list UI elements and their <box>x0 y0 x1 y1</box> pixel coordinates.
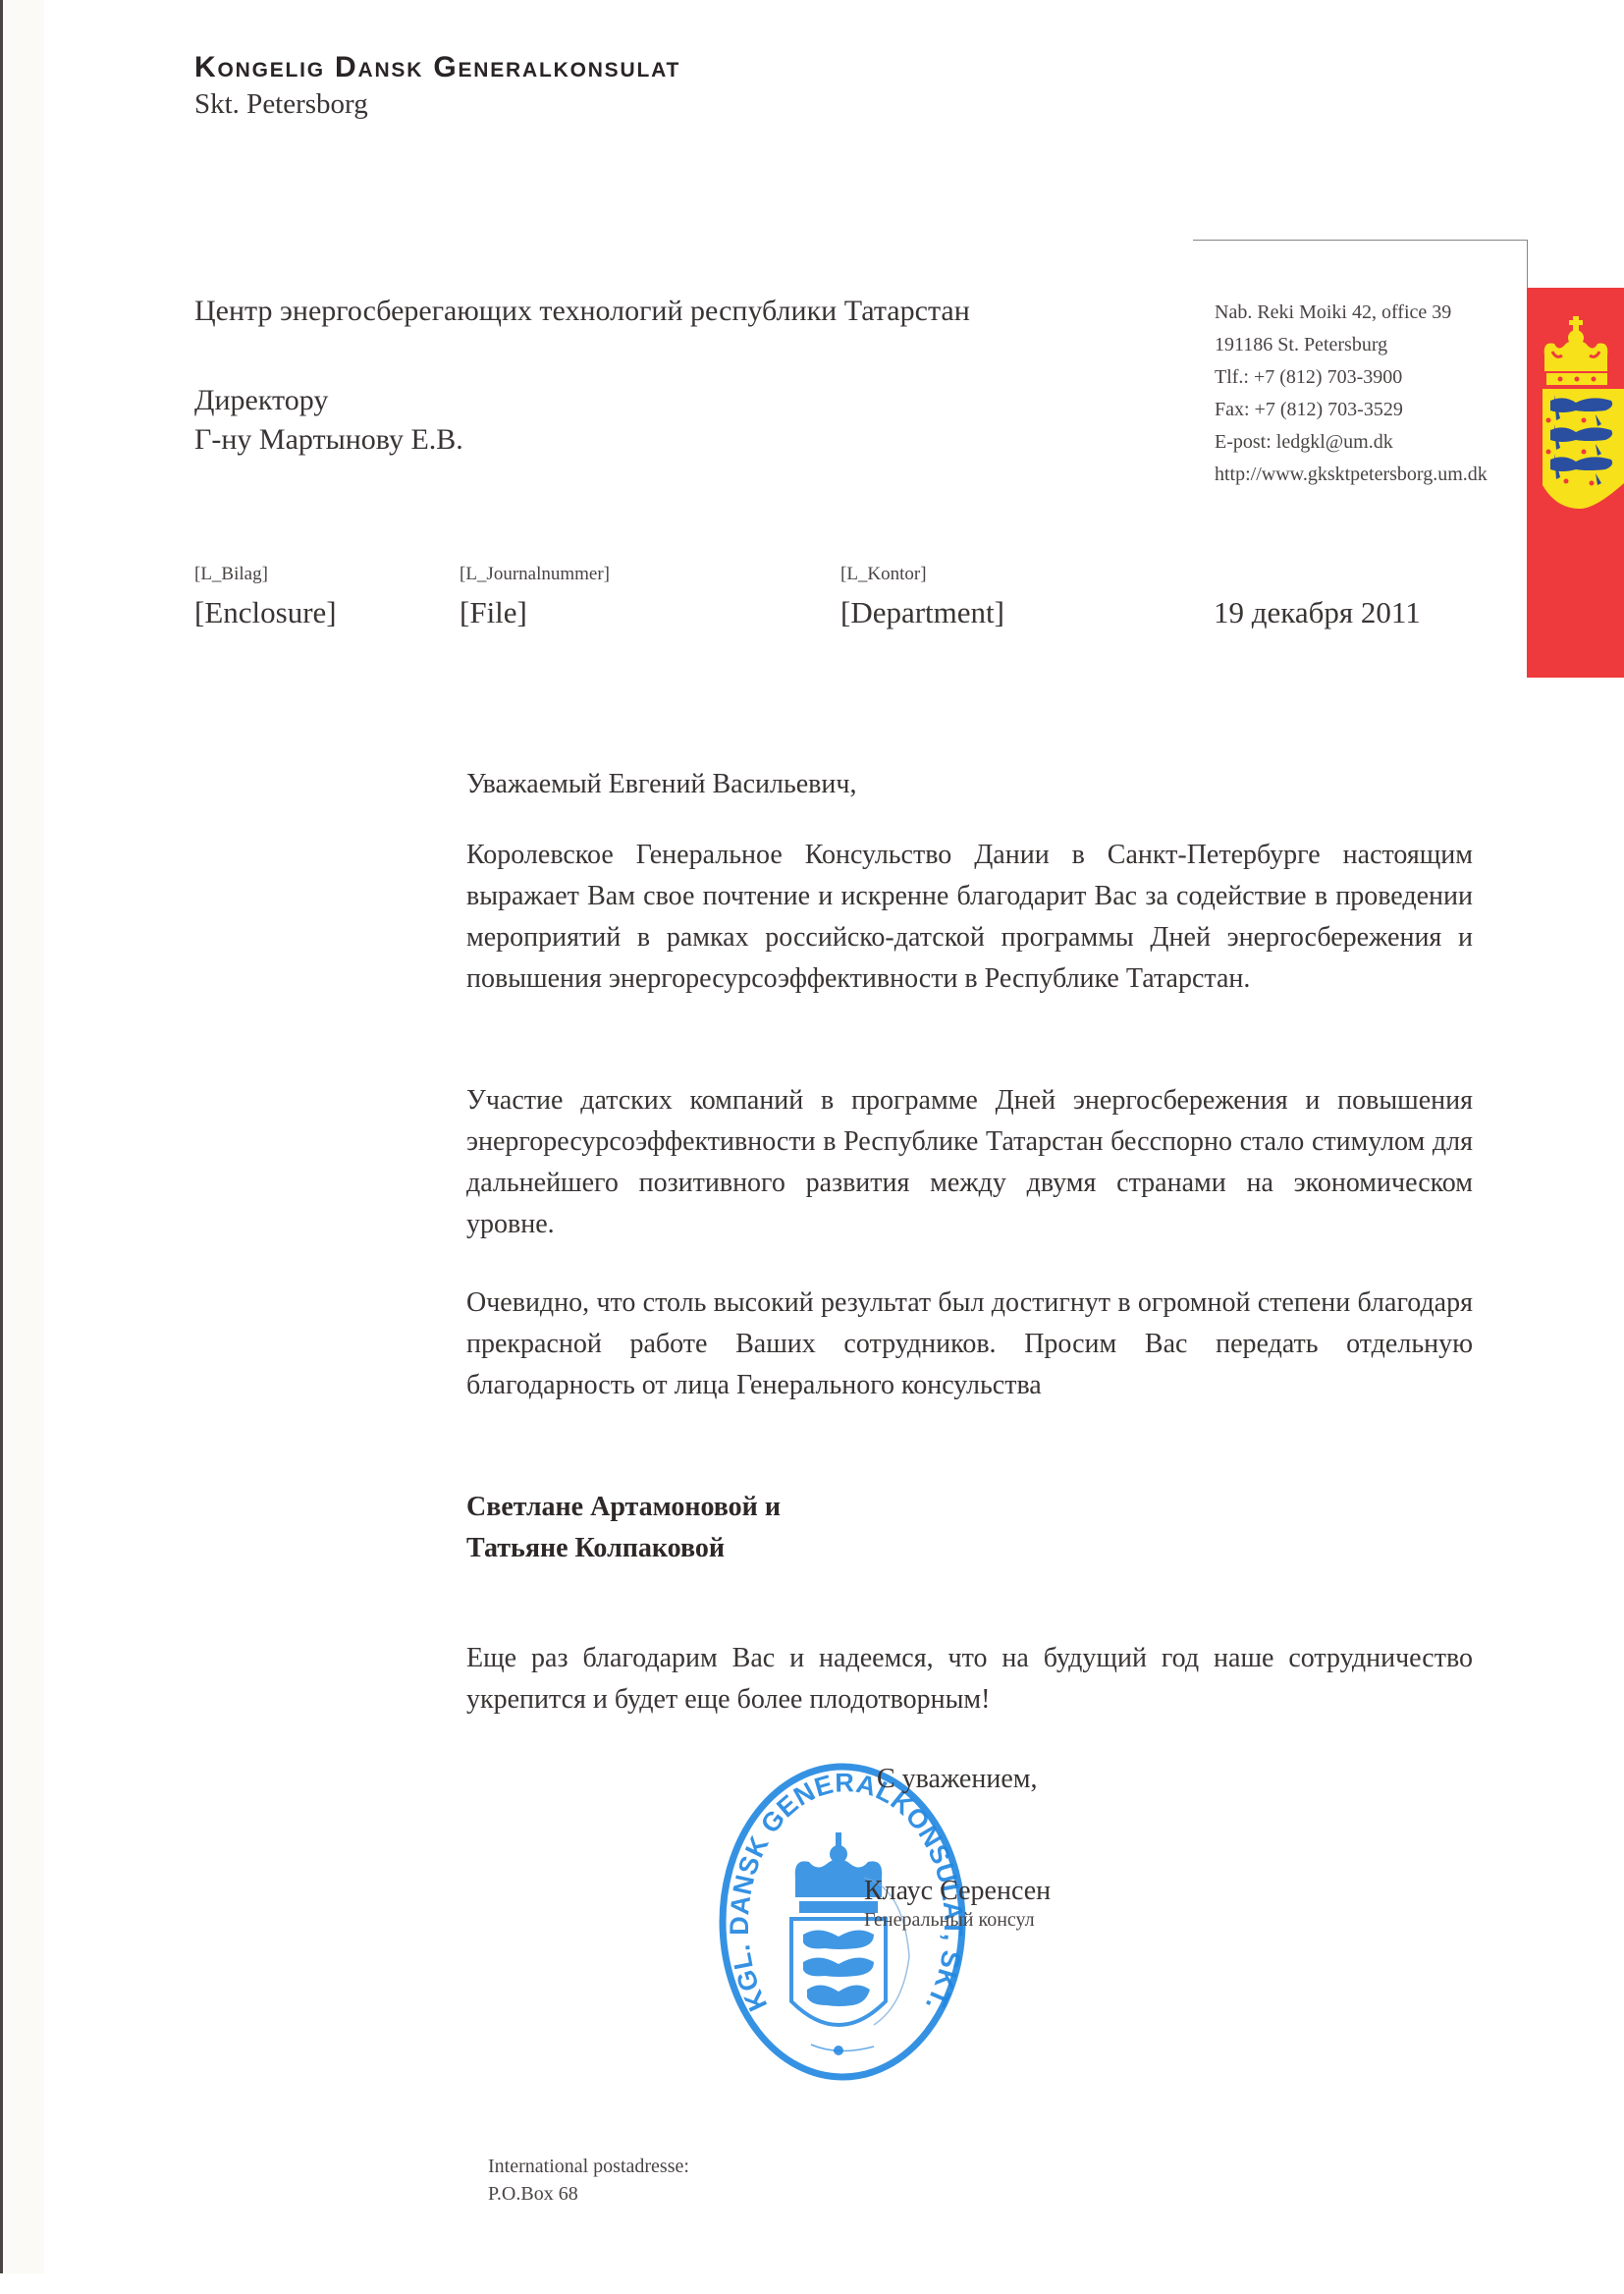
contact-fax: Fax: +7 (812) 703-3529 <box>1215 394 1488 426</box>
footer-po-box: P.O.Box 68 <box>488 2180 689 2208</box>
contact-email: E-post: ledgkl@um.dk <box>1215 426 1488 459</box>
staff-name: Светлане Артамоновой и <box>466 1487 1473 1528</box>
scan-margin <box>3 0 44 2273</box>
contact-block: Nab. Reki Moiki 42, office 39 191186 St.… <box>1215 297 1488 491</box>
ref-label-file: [L_Journalnummer] <box>460 564 610 585</box>
footer: International postadresse: P.O.Box 68 <box>488 2153 689 2208</box>
ref-label-department: [L_Kontor] <box>840 564 927 585</box>
ref-value-enclosure: [Enclosure] <box>194 595 337 630</box>
recipient-block: Директору Г-ну Мартынову Е.В. <box>194 381 463 460</box>
footer-label: International postadresse: <box>488 2153 689 2180</box>
contact-phone: Tlf.: +7 (812) 703-3900 <box>1215 361 1488 394</box>
recipient-name: Г-ну Мартынову Е.В. <box>194 420 463 460</box>
letterhead-title: Kongelig Dansk Generalkonsulat <box>194 51 680 84</box>
letter-closing: С уважением, <box>877 1764 1037 1795</box>
letter-paragraph: Очевидно, что столь высокий результат бы… <box>466 1283 1473 1406</box>
coat-of-arms-icon <box>1537 316 1624 513</box>
staff-name: Татьяне Колпаковой <box>466 1528 1473 1569</box>
contact-frame-line <box>1193 240 1528 290</box>
contact-website: http://www.gksktpetersborg.um.dk <box>1215 459 1488 491</box>
letter-greeting: Уважаемый Евгений Васильевич, <box>466 764 1473 805</box>
footer-clip: International postadresse: P.O.Box 68 <box>481 2149 776 2212</box>
letter-paragraph: Участие датских компаний в программе Дне… <box>466 1080 1473 1245</box>
letter-date: 19 декабря 2011 <box>1214 595 1421 630</box>
contact-address: Nab. Reki Moiki 42, office 39 <box>1215 297 1488 329</box>
recipient-title: Директору <box>194 381 463 420</box>
contact-city: 191186 St. Petersburg <box>1215 329 1488 361</box>
letter-paragraph: Королевское Генеральное Консульство Дани… <box>466 835 1473 1000</box>
ref-value-department: [Department] <box>840 595 1004 630</box>
signer-role: Генеральный консул <box>864 1909 1035 1932</box>
letter-paragraph: Еще раз благодарим Вас и надеемся, что н… <box>466 1638 1473 1720</box>
signer-name: Клаус Серенсен <box>864 1876 1051 1907</box>
recipient-organization: Центр энергосберегающих технологий респу… <box>194 295 970 328</box>
letterhead-subtitle: Skt. Petersborg <box>194 88 368 121</box>
named-staff: Светлане Артамоновой и Татьяне Колпаково… <box>466 1487 1473 1569</box>
ref-label-enclosure: [L_Bilag] <box>194 564 268 585</box>
ref-value-file: [File] <box>460 595 527 630</box>
